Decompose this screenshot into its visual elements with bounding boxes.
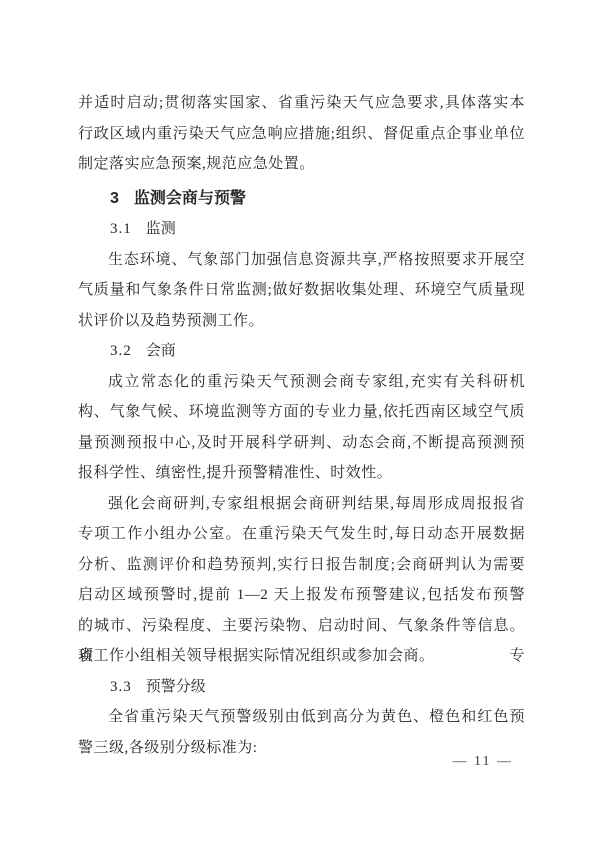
page-number: — 11 — [453,752,513,772]
text-line: 行政区域内重污染天气应急响应措施;组织、督促重点企事业单位 [78,119,525,150]
text-line: 全省重污染天气预警级别由低到高分为黄色、橙色和红色预 [78,702,525,733]
text-line: 构、气象气候、环境监测等方面的专业力量,依托西南区域空气质 [78,397,525,428]
subsection-number: 3.1 [110,221,132,237]
subsection-title: 监测 [146,221,176,237]
text-line: 强化会商研判,专家组根据会商研判结果,每周形成周报报省 [78,489,525,520]
subsection-number: 3.3 [110,679,132,695]
document-page: 并适时启动;贯彻落实国家、省重污染天气应急要求,具体落实本 行政区域内重污染天气… [0,0,600,848]
subsection-heading-3-1: 3.1监测 [78,214,525,245]
paragraph-continuation: 并适时启动;贯彻落实国家、省重污染天气应急要求,具体落实本 行政区域内重污染天气… [78,88,525,180]
text-line: 专项工作小组办公室。在重污染天气发生时,每日动态开展数据 [78,519,525,550]
section-heading-3: 3监测会商与预警 [78,184,525,215]
section-number: 3 [110,190,120,207]
text-line: 生态环境、气象部门加强信息资源共享,严格按照要求开展空 [78,245,525,276]
subsection-title: 预警分级 [146,679,206,695]
text-line: 的城市、污染程度、主要污染物、启动时间、气象条件等信息。省专 [78,611,525,642]
subsection-title: 会商 [146,343,176,359]
text-line: 并适时启动;贯彻落实国家、省重污染天气应急要求,具体落实本 [78,88,525,119]
subsection-heading-3-2: 3.2会商 [78,336,525,367]
section-title: 监测会商与预警 [134,190,246,207]
paragraph-consultation-1: 成立常态化的重污染天气预测会商专家组,充实有关科研机 构、气象气候、环境监测等方… [78,367,525,489]
subsection-heading-3-3: 3.3预警分级 [78,672,525,703]
text-line: 分析、监测评价和趋势预判,实行日报告制度;会商研判认为需要 [78,550,525,581]
text-line: 量预测预报中心,及时开展科学研判、动态会商,不断提高预测预 [78,428,525,459]
text-line: 制定落实应急预案,规范应急处置。 [78,149,525,180]
text-line: 启动区域预警时,提前 1—2 天上报发布预警建议,包括发布预警 [78,580,525,611]
paragraph-consultation-2: 强化会商研判,专家组根据会商研判结果,每周形成周报报省 专项工作小组办公室。在重… [78,489,525,672]
text-line: 状评价以及趋势预测工作。 [78,306,525,337]
document-body: 并适时启动;贯彻落实国家、省重污染天气应急要求,具体落实本 行政区域内重污染天气… [78,88,525,763]
text-line: 气质量和气象条件日常监测;做好数据收集处理、环境空气质量现 [78,275,525,306]
paragraph-monitoring: 生态环境、气象部门加强信息资源共享,严格按照要求开展空 气质量和气象条件日常监测… [78,245,525,337]
subsection-number: 3.2 [110,343,132,359]
text-line: 成立常态化的重污染天气预测会商专家组,充实有关科研机 [78,367,525,398]
text-line: 报科学性、缜密性,提升预警精准性、时效性。 [78,458,525,489]
